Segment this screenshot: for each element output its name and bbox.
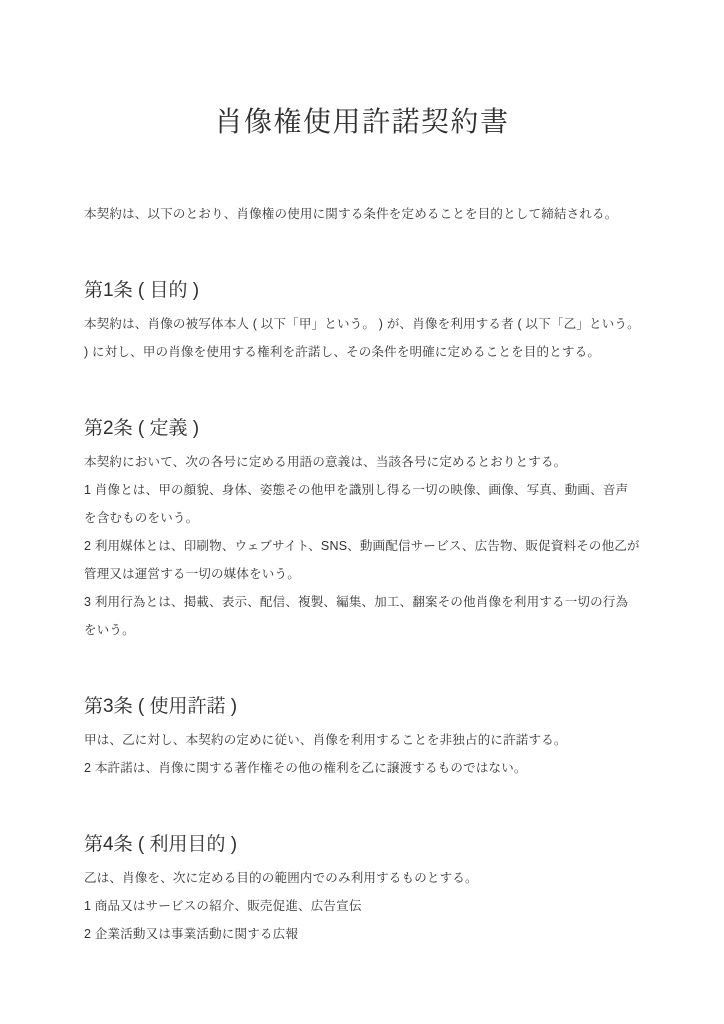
section-heading: 第1条 ( 目的 ) bbox=[84, 276, 640, 306]
intro-paragraph: 本契約は、以下のとおり、肖像権の使用に関する条件を定めることを目的として締結され… bbox=[84, 200, 640, 228]
document-page: 肖像権使用許諾契約書 本契約は、以下のとおり、肖像権の使用に関する条件を定めるこ… bbox=[0, 0, 724, 1024]
section-paragraph: 本契約は、肖像の被写体本人 ( 以下「甲」という。 ) が、肖像を利用する者 (… bbox=[84, 310, 640, 366]
section-article-4: 第4条 ( 利用目的 ) 乙は、肖像を、次に定める目的の範囲内でのみ利用するもの… bbox=[84, 830, 640, 948]
section-article-3: 第3条 ( 使用許諾 ) 甲は、乙に対し、本契約の定めに従い、肖像を利用すること… bbox=[84, 692, 640, 782]
section-article-1: 第1条 ( 目的 ) 本契約は、肖像の被写体本人 ( 以下「甲」という。 ) が… bbox=[84, 276, 640, 366]
section-heading: 第3条 ( 使用許諾 ) bbox=[84, 692, 640, 722]
section-paragraph: 1 肖像とは、甲の顔貌、身体、姿態その他甲を識別し得る一切の映像、画像、写真、動… bbox=[84, 476, 640, 532]
section-paragraph: 2 本許諾は、肖像に関する著作権その他の権利を乙に譲渡するものではない。 bbox=[84, 754, 640, 782]
section-article-2: 第2条 ( 定義 ) 本契約において、次の各号に定める用語の意義は、当該各号に定… bbox=[84, 414, 640, 644]
section-paragraph: 2 企業活動又は事業活動に関する広報 bbox=[84, 920, 640, 948]
section-paragraph: 3 利用行為とは、掲載、表示、配信、複製、編集、加工、翻案その他肖像を利用する一… bbox=[84, 588, 640, 644]
section-heading: 第4条 ( 利用目的 ) bbox=[84, 830, 640, 860]
section-paragraph: 2 利用媒体とは、印刷物、ウェブサイト、SNS、動画配信サービス、広告物、販促資… bbox=[84, 532, 640, 588]
page-title: 肖像権使用許諾契約書 bbox=[84, 100, 640, 140]
section-paragraph: 本契約において、次の各号に定める用語の意義は、当該各号に定めるとおりとする。 bbox=[84, 448, 640, 476]
section-paragraph: 甲は、乙に対し、本契約の定めに従い、肖像を利用することを非独占的に許諾する。 bbox=[84, 726, 640, 754]
section-paragraph: 1 商品又はサービスの紹介、販売促進、広告宣伝 bbox=[84, 892, 640, 920]
section-paragraph: 乙は、肖像を、次に定める目的の範囲内でのみ利用するものとする。 bbox=[84, 864, 640, 892]
section-heading: 第2条 ( 定義 ) bbox=[84, 414, 640, 444]
